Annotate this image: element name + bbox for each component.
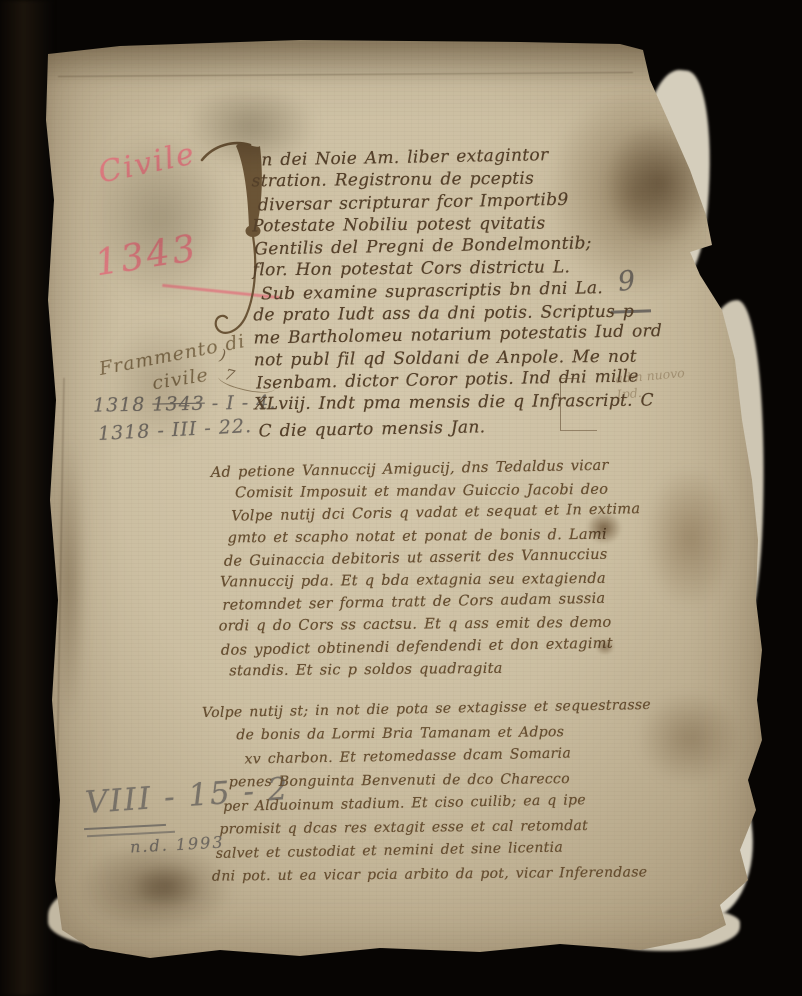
stain-middle-right — [625, 438, 755, 638]
manuscript-text-line: dni pot. ut ea vicar pcia arbito da pot,… — [212, 861, 654, 889]
manuscript-text-block-2: Ad petione Vannuccij Amigucij, dns Tedal… — [211, 455, 644, 682]
manuscript-text-block-3: Volpe nutij st; in not die pota se extag… — [202, 695, 654, 888]
shelfmark-struck-year: 1343 — [152, 393, 205, 416]
red-chalk-title: Civile — [95, 136, 199, 191]
red-chalk-year: 1343 — [92, 228, 201, 285]
manuscript-page: Civile 1343 Frammento di civile 1318 134… — [40, 38, 770, 968]
manuscript-text-line: standis. Et sic p soldos quadragita — [229, 656, 643, 682]
table-background-strip — [0, 0, 52, 996]
pencil-shelfmark-1: 1318 1343 - I - 4. — [93, 391, 277, 416]
left-crease-line — [57, 378, 79, 778]
shelfmark-year: 1318 — [93, 394, 153, 417]
margin-bracket-mark — [560, 378, 597, 431]
shelfmark-underline — [84, 824, 166, 830]
top-crease-line — [58, 72, 633, 85]
pencil-shelfmark-2: 1318 - III - 22. — [98, 415, 253, 445]
